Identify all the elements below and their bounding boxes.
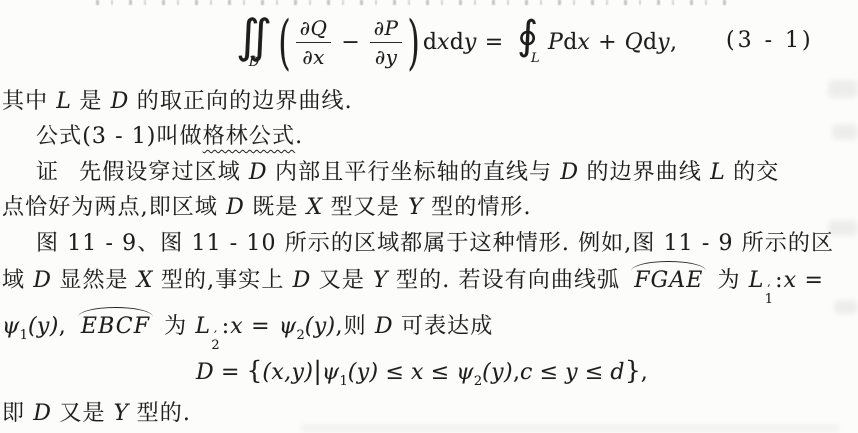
fraction-dp-dy: ∂P ∂y: [370, 16, 403, 69]
double-integral-icon: ∬: [236, 16, 272, 56]
prime-subscript-2: ′2: [211, 333, 220, 350]
fraction-dq-dx: ∂Q ∂x: [296, 16, 332, 69]
left-brace: {: [246, 356, 262, 385]
line-proof-cont: 点恰好为两点,即区域 D 既是 X 型又是 Y 型的情形.: [2, 190, 532, 221]
equation-number: (3 - 1): [726, 28, 814, 53]
right-brace: }: [625, 356, 641, 385]
region-set-formula: D = {(x,y)|ψ1(y) ≤ x ≤ ψ2(y),c ≤ y ≤ d},: [196, 356, 648, 389]
differential-d: d: [423, 30, 437, 55]
line-fig-reference: 图 11 - 9、图 11 - 10 所示的区域都属于这种情形. 例如,图 11…: [36, 226, 834, 257]
left-paren: (: [278, 14, 290, 70]
scan-smudge: [300, 424, 840, 432]
textbook-page: ∬ D ( ∂Q ∂x − ∂P ∂y ) dxdy = ∮L Pdx + Qd…: [0, 0, 858, 433]
line-region-type: 域 D 显然是 X 型的,事实上 D 又是 Y 型的. 若设有向曲线弧 FGAE…: [2, 263, 824, 304]
arc-EBCF: EBCF: [77, 314, 154, 339]
line-conclusion: 即 D 又是 Y 型的.: [2, 396, 191, 427]
arc-FGAE: FGAE: [630, 268, 707, 293]
line-proof-start: 证先假设穿过区域 D 内部且平行坐标轴的直线与 D 的边界曲线 L 的交: [36, 155, 779, 186]
scan-smudge: [832, 124, 858, 140]
right-paren: ): [407, 14, 419, 70]
green-formula: ∬ D ( ∂Q ∂x − ∂P ∂y ) dxdy = ∮L Pdx + Qd…: [236, 6, 677, 78]
contour-label: L: [531, 51, 540, 66]
proof-marker: 证: [36, 160, 59, 185]
integral-domain-label: D: [249, 57, 260, 68]
scan-smudge: [834, 300, 858, 314]
scan-smudge: [828, 80, 858, 98]
scan-smudge: [828, 220, 858, 236]
term-green-formula: 格林公式: [203, 124, 295, 149]
plus-sign: +: [598, 30, 616, 55]
line-green-formula-name: 公式(3 - 1)叫做格林公式.: [36, 119, 303, 150]
line-boundary-curve: 其中 L 是 D 的取正向的边界曲线.: [2, 84, 353, 115]
contour-integral: ∮L: [517, 19, 546, 66]
prime-subscript-1: ′1: [765, 287, 774, 304]
double-integral: ∬ D: [236, 16, 272, 68]
line-psi-curves: ψ1(y), EBCF 为 L′2:x = ψ2(y),则 D 可表达成: [2, 309, 493, 350]
clipped-line-fragment: [96, 0, 736, 5]
equals-sign: =: [485, 30, 503, 55]
q-term: Q: [625, 30, 643, 55]
p-term: P: [548, 30, 563, 55]
set-divider-bar: |: [313, 356, 321, 385]
minus-sign: −: [341, 30, 359, 55]
